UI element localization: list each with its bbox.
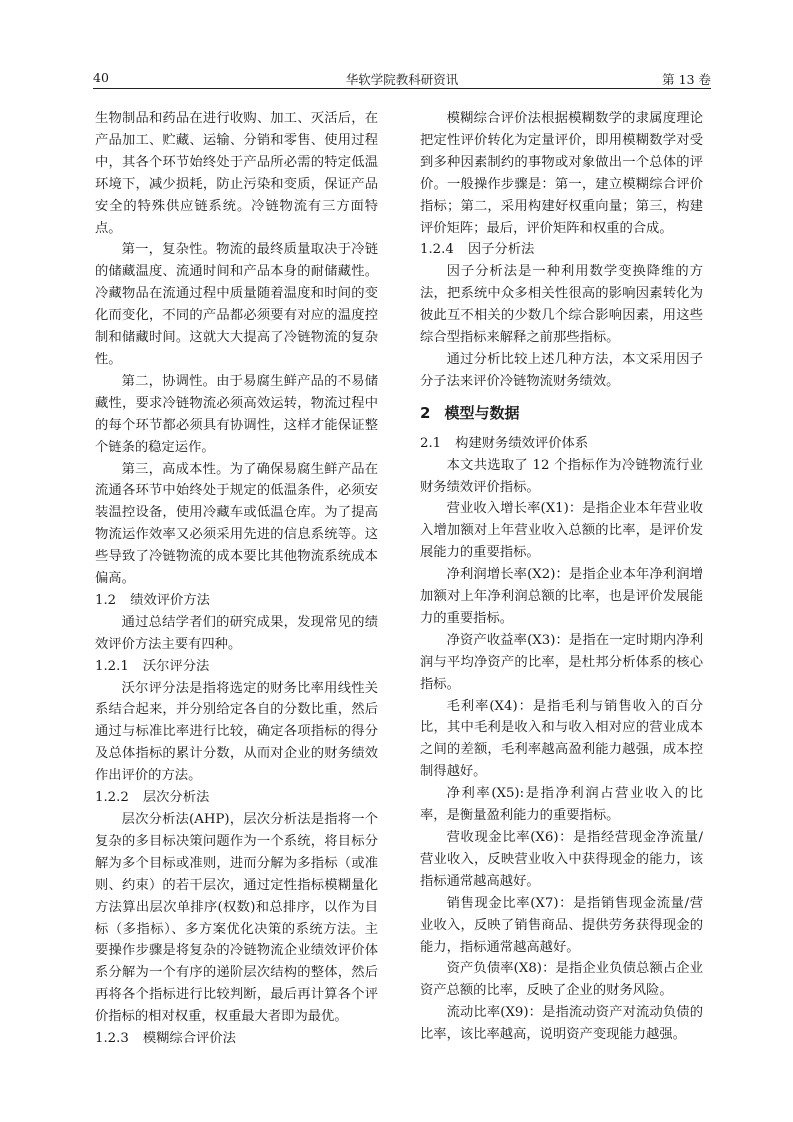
paragraph: 层次分析法(AHP)，层次分析法是指将一个复杂的多目标决策问题作为一个系统，将目…	[95, 809, 378, 1028]
paragraph: 流动比率(X9)：是指流动资产对流动负债的比率，该比率越高，说明资产变现能力越强…	[420, 1002, 703, 1046]
section-title: 绩效评价方法	[130, 593, 210, 608]
paragraph: 营业收入增长率(X1)：是指企业本年营业收入增加额对上年营业收入总额的比率，是评…	[420, 498, 703, 564]
paragraph: 沃尔评分法是指将选定的财务比率用线性关系结合起来，并分别给定各自的分数比重，然后…	[95, 678, 378, 788]
left-column: 生物制品和药品在进行收购、加工、灭活后，在产品加工、贮藏、运输、分销和零售、使用…	[95, 108, 378, 1050]
paragraph: 通过总结学者们的研究成果，发现常见的绩效评价方法主要有四种。	[95, 612, 378, 656]
section-heading-1-2-1: 1.2.1沃尔评分法	[95, 656, 378, 678]
section-title: 因子分析法	[468, 242, 534, 257]
journal-title: 华软学院教科研资讯	[93, 70, 711, 88]
paragraph: 生物制品和药品在进行收购、加工、灭活后，在产品加工、贮藏、运输、分销和零售、使用…	[95, 108, 378, 239]
paragraph: 模糊综合评价法根据模糊数学的隶属度理论把定性评价转化为定量评价，即用模糊数学对受…	[420, 108, 703, 239]
paragraph: 第一，复杂性。物流的最终质量取决于冷链的储藏温度、流通时间和产品本身的耐储藏性。…	[95, 239, 378, 370]
section-heading-1-2-4: 1.2.4因子分析法	[420, 239, 703, 261]
section-heading-2: 2模型与数据	[420, 403, 703, 425]
paragraph: 净资产收益率(X3)：是指在一定时期内净利润与平均净资产的比率，是杜邦分析体系的…	[420, 630, 703, 696]
right-column: 模糊综合评价法根据模糊数学的隶属度理论把定性评价转化为定量评价，即用模糊数学对受…	[420, 108, 703, 1046]
section-number: 1.2.1	[95, 656, 129, 678]
paragraph: 第三，高成本性。为了确保易腐生鲜产品在流通各环节中始终处于规定的低温条件，必须安…	[95, 459, 378, 590]
paragraph: 净利润增长率(X2)：是指企业本年净利润增加额对上年净利润总额的比率，也是评价发…	[420, 564, 703, 630]
paragraph: 销售现金比率(X7)：是指销售现金流量/营业收入，反映了销售商品、提供劳务获得现…	[420, 893, 703, 959]
paragraph: 通过分析比较上述几种方法，本文采用因子分子法来评价冷链物流财务绩效。	[420, 349, 703, 393]
running-header: 40 华软学院教科研资讯 第 13 卷	[93, 70, 711, 89]
section-number: 1.2.4	[420, 239, 454, 261]
section-title: 构建财务绩效评价体系	[455, 436, 588, 451]
paragraph: 因子分析法是一种利用数学变换降维的方法，把系统中众多相关性很高的影响因素转化为彼…	[420, 261, 703, 349]
section-number: 2	[420, 404, 430, 422]
paragraph: 本文共选取了 12 个指标作为冷链物流行业财务绩效评价指标。	[420, 455, 703, 499]
paragraph: 第二，协调性。由于易腐生鲜产品的不易储藏性，要求冷链物流必须高效运转，物流过程中…	[95, 371, 378, 459]
section-number: 2.1	[420, 433, 441, 455]
section-title: 模糊综合评价法	[143, 1031, 236, 1046]
section-heading-1-2-3: 1.2.3模糊综合评价法	[95, 1028, 378, 1050]
volume-label: 第 13 卷	[662, 70, 711, 88]
section-title: 沃尔评分法	[143, 659, 209, 674]
section-number: 1.2.2	[95, 787, 129, 809]
section-title: 层次分析法	[143, 790, 209, 805]
paragraph: 毛利率(X4)：是指毛利与销售收入的百分比，其中毛利是收入和与收入相对应的营业成…	[420, 696, 703, 784]
section-number: 1.2	[95, 590, 116, 612]
section-title: 模型与数据	[444, 404, 519, 422]
paragraph: 营收现金比率(X6)：是指经营现金净流量/营业收入，反映营业收入中获得现金的能力…	[420, 827, 703, 893]
paragraph: 资产负债率(X8)：是指企业负债总额占企业资产总额的比率，反映了企业的财务风险。	[420, 958, 703, 1002]
section-heading-1-2-2: 1.2.2层次分析法	[95, 787, 378, 809]
section-heading-2-1: 2.1构建财务绩效评价体系	[420, 433, 703, 455]
section-number: 1.2.3	[95, 1028, 129, 1050]
section-heading-1-2: 1.2绩效评价方法	[95, 590, 378, 612]
paragraph: 净利率(X5):是指净利润占营业收入的比率，是衡量盈利能力的重要指标。	[420, 783, 703, 827]
